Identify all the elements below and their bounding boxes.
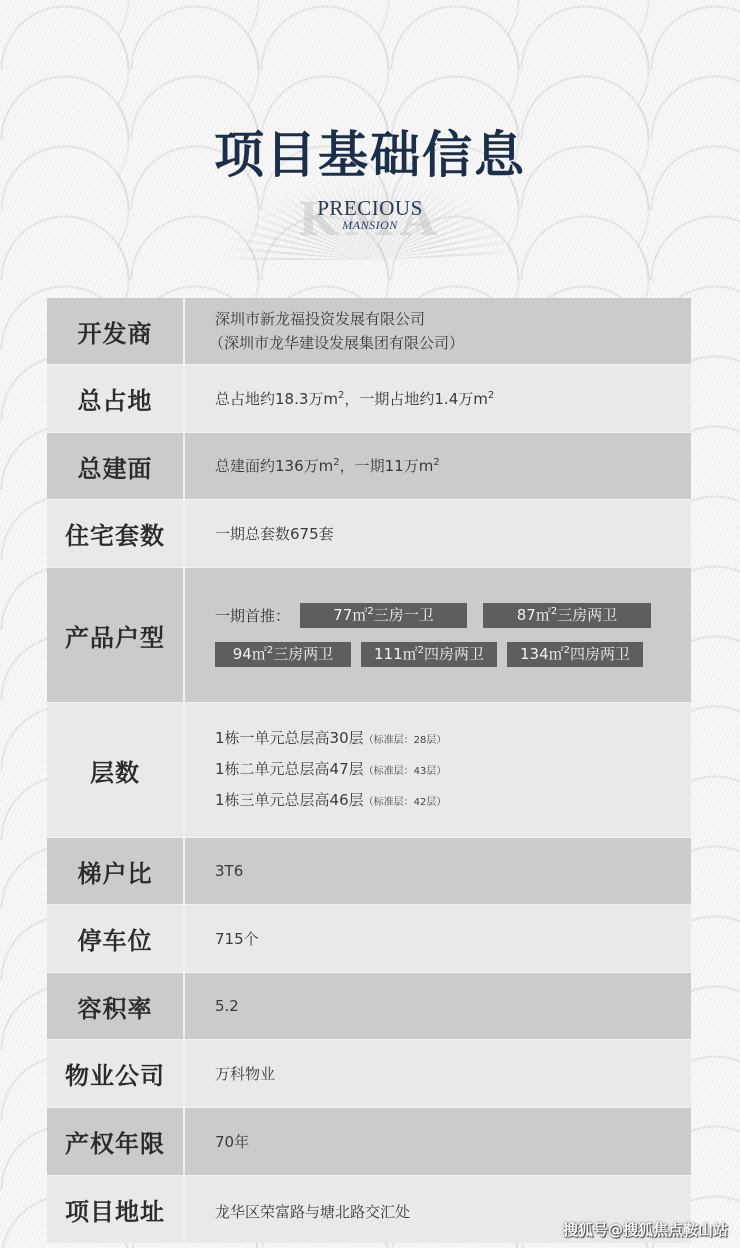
row-label: 停车位 [47, 905, 185, 972]
table-row-units: 住宅套数 一期总套数675套 [47, 500, 691, 568]
source-watermark: 搜狐号@搜狐焦点鞍山站 [563, 1219, 728, 1240]
unit-type-chips: 一期首推： 77㎡2三房一卫 87㎡2三房两卫 94㎡2三房两卫 111㎡2四房… [215, 603, 691, 667]
row-label: 总建面 [47, 433, 185, 499]
floor-line: 1栋一单元总层高30层（标准层：28层） [215, 724, 691, 755]
superscript: 2 [488, 390, 494, 401]
row-label: 总占地 [47, 365, 185, 432]
row-label: 项目地址 [47, 1176, 185, 1243]
row-value: 3T6 [185, 838, 691, 904]
row-value: 715个 [185, 905, 691, 972]
brand-subtitle-small: MANSION [0, 219, 740, 231]
unit-chip: 77㎡2三房一卫 [300, 603, 467, 628]
table-row-floors: 层数 1栋一单元总层高30层（标准层：28层） 1栋二单元总层高47层（标准层：… [47, 703, 691, 838]
table-row-plot-ratio: 容积率 5.2 [47, 973, 691, 1040]
row-value: 万科物业 [185, 1040, 691, 1107]
row-label: 层数 [47, 703, 185, 837]
row-value: 一期首推： 77㎡2三房一卫 87㎡2三房两卫 94㎡2三房两卫 111㎡2四房… [185, 568, 691, 702]
table-row-land-area: 总占地 总占地约18.3万m2，一期占地约1.4万m2 [47, 365, 691, 433]
row-value: 总建面约136万m2，一期11万m2 [185, 433, 691, 499]
chips-prefix: 一期首推： [215, 604, 290, 628]
floor-line: 1栋三单元总层高46层（标准层：42层） [215, 786, 691, 817]
row-label: 产品户型 [47, 568, 185, 702]
floor-area-phase1: ，一期11万m [340, 457, 434, 475]
project-info-table: 开发商 深圳市新龙福投资发展有限公司 （深圳市龙华建设发展集团有限公司） 总占地… [47, 298, 691, 1243]
land-area-phase1: ，一期占地约1.4万m [344, 390, 487, 408]
table-row-property-term: 产权年限 70年 [47, 1108, 691, 1176]
table-row-elevator-ratio: 梯户比 3T6 [47, 838, 691, 905]
developer-parent: （深圳市龙华建设发展集团有限公司） [209, 331, 691, 355]
unit-chip: 134㎡2四房两卫 [507, 642, 643, 667]
floor-line: 1栋二单元总层高47层（标准层：43层） [215, 755, 691, 786]
superscript: 2 [433, 457, 439, 468]
row-value: 5.2 [185, 973, 691, 1039]
row-label: 物业公司 [47, 1040, 185, 1107]
table-row-property-company: 物业公司 万科物业 [47, 1040, 691, 1108]
unit-chip: 111㎡2四房两卫 [361, 642, 497, 667]
row-label: 容积率 [47, 973, 185, 1039]
table-row-floor-area: 总建面 总建面约136万m2，一期11万m2 [47, 433, 691, 500]
page-header: KMA 项目基础信息 PRECIOUS MANSION [0, 110, 740, 240]
unit-chip: 94㎡2三房两卫 [215, 642, 351, 667]
row-value: 总占地约18.3万m2，一期占地约1.4万m2 [185, 365, 691, 432]
table-row-parking: 停车位 715个 [47, 905, 691, 973]
floor-area-total: 总建面约136万m [215, 457, 333, 475]
row-value: 70年 [185, 1108, 691, 1175]
developer-name: 深圳市新龙福投资发展有限公司 [215, 307, 691, 331]
table-row-developer: 开发商 深圳市新龙福投资发展有限公司 （深圳市龙华建设发展集团有限公司） [47, 298, 691, 365]
row-label: 住宅套数 [47, 500, 185, 567]
row-value: 深圳市新龙福投资发展有限公司 （深圳市龙华建设发展集团有限公司） [185, 298, 691, 364]
row-label: 梯户比 [47, 838, 185, 904]
table-row-unit-types: 产品户型 一期首推： 77㎡2三房一卫 87㎡2三房两卫 94㎡2三房两卫 11… [47, 568, 691, 703]
brand-subtitle: PRECIOUS [0, 197, 740, 219]
unit-chip: 87㎡2三房两卫 [483, 603, 651, 628]
row-value: 一期总套数675套 [185, 500, 691, 567]
row-value: 1栋一单元总层高30层（标准层：28层） 1栋二单元总层高47层（标准层：43层… [185, 703, 691, 837]
page-title: 项目基础信息 [0, 115, 740, 195]
row-label: 开发商 [47, 298, 185, 364]
land-area-total: 总占地约18.3万m [215, 390, 338, 408]
row-label: 产权年限 [47, 1108, 185, 1175]
